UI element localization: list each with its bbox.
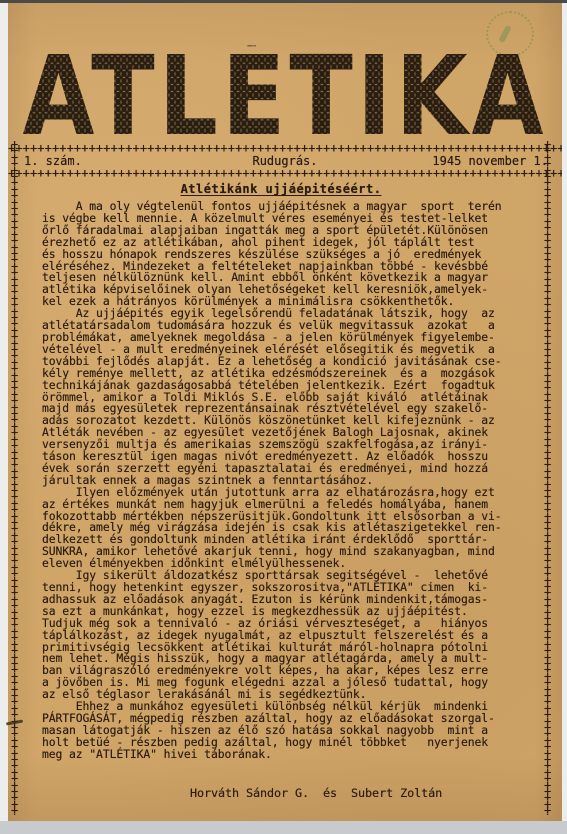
plus-border-row-bottom: ++++++++++++++++++++++++++++++++++++++++… <box>8 169 562 178</box>
article-signature: Horváth Sándor G. és Subert Zoltán <box>42 788 524 800</box>
article-paragraph: Az ujjáépités egyik legelsőrendü feladat… <box>42 308 524 487</box>
masthead-line: 1. szám. Rudugrás. 1945 november 1. <box>8 153 562 169</box>
article-paragraph: A ma oly végtelenül fontos ujjáépitésnek… <box>42 201 524 308</box>
article-paragraph: Ilyen előzmények után jutottunk arra az … <box>42 487 524 570</box>
article-heading: Atlétikánk ujjáépitéséért. <box>42 182 520 196</box>
masthead-title: ATLÉTIKA <box>14 49 556 147</box>
masthead-bar: ++++++++++++++++++++++++++++++++++++++++… <box>8 144 562 178</box>
scan-edge-bottom <box>0 821 567 834</box>
newsletter-page: ATLÉTIKA +++++++++++++++++++++++++++++++… <box>8 3 562 821</box>
plus-border-column-left: ++++++++++++++++++++++++++++++++++++++++… <box>11 141 19 815</box>
plus-border-row-top: ++++++++++++++++++++++++++++++++++++++++… <box>8 144 562 153</box>
masthead-title-text: ATLÉTIKA <box>22 46 547 147</box>
article-paragraph: Ehhez a munkához egyesületi különbség né… <box>42 701 524 761</box>
article-body: A ma oly végtelenül fontos ujjáépitésnek… <box>42 201 524 800</box>
article-paragraph: Igy sikerült áldozatkész sporttársak seg… <box>42 570 524 701</box>
issue-date: 1945 november 1. <box>432 153 548 169</box>
plus-border-column-right: ++++++++++++++++++++++++++++++++++++++++… <box>544 141 552 815</box>
